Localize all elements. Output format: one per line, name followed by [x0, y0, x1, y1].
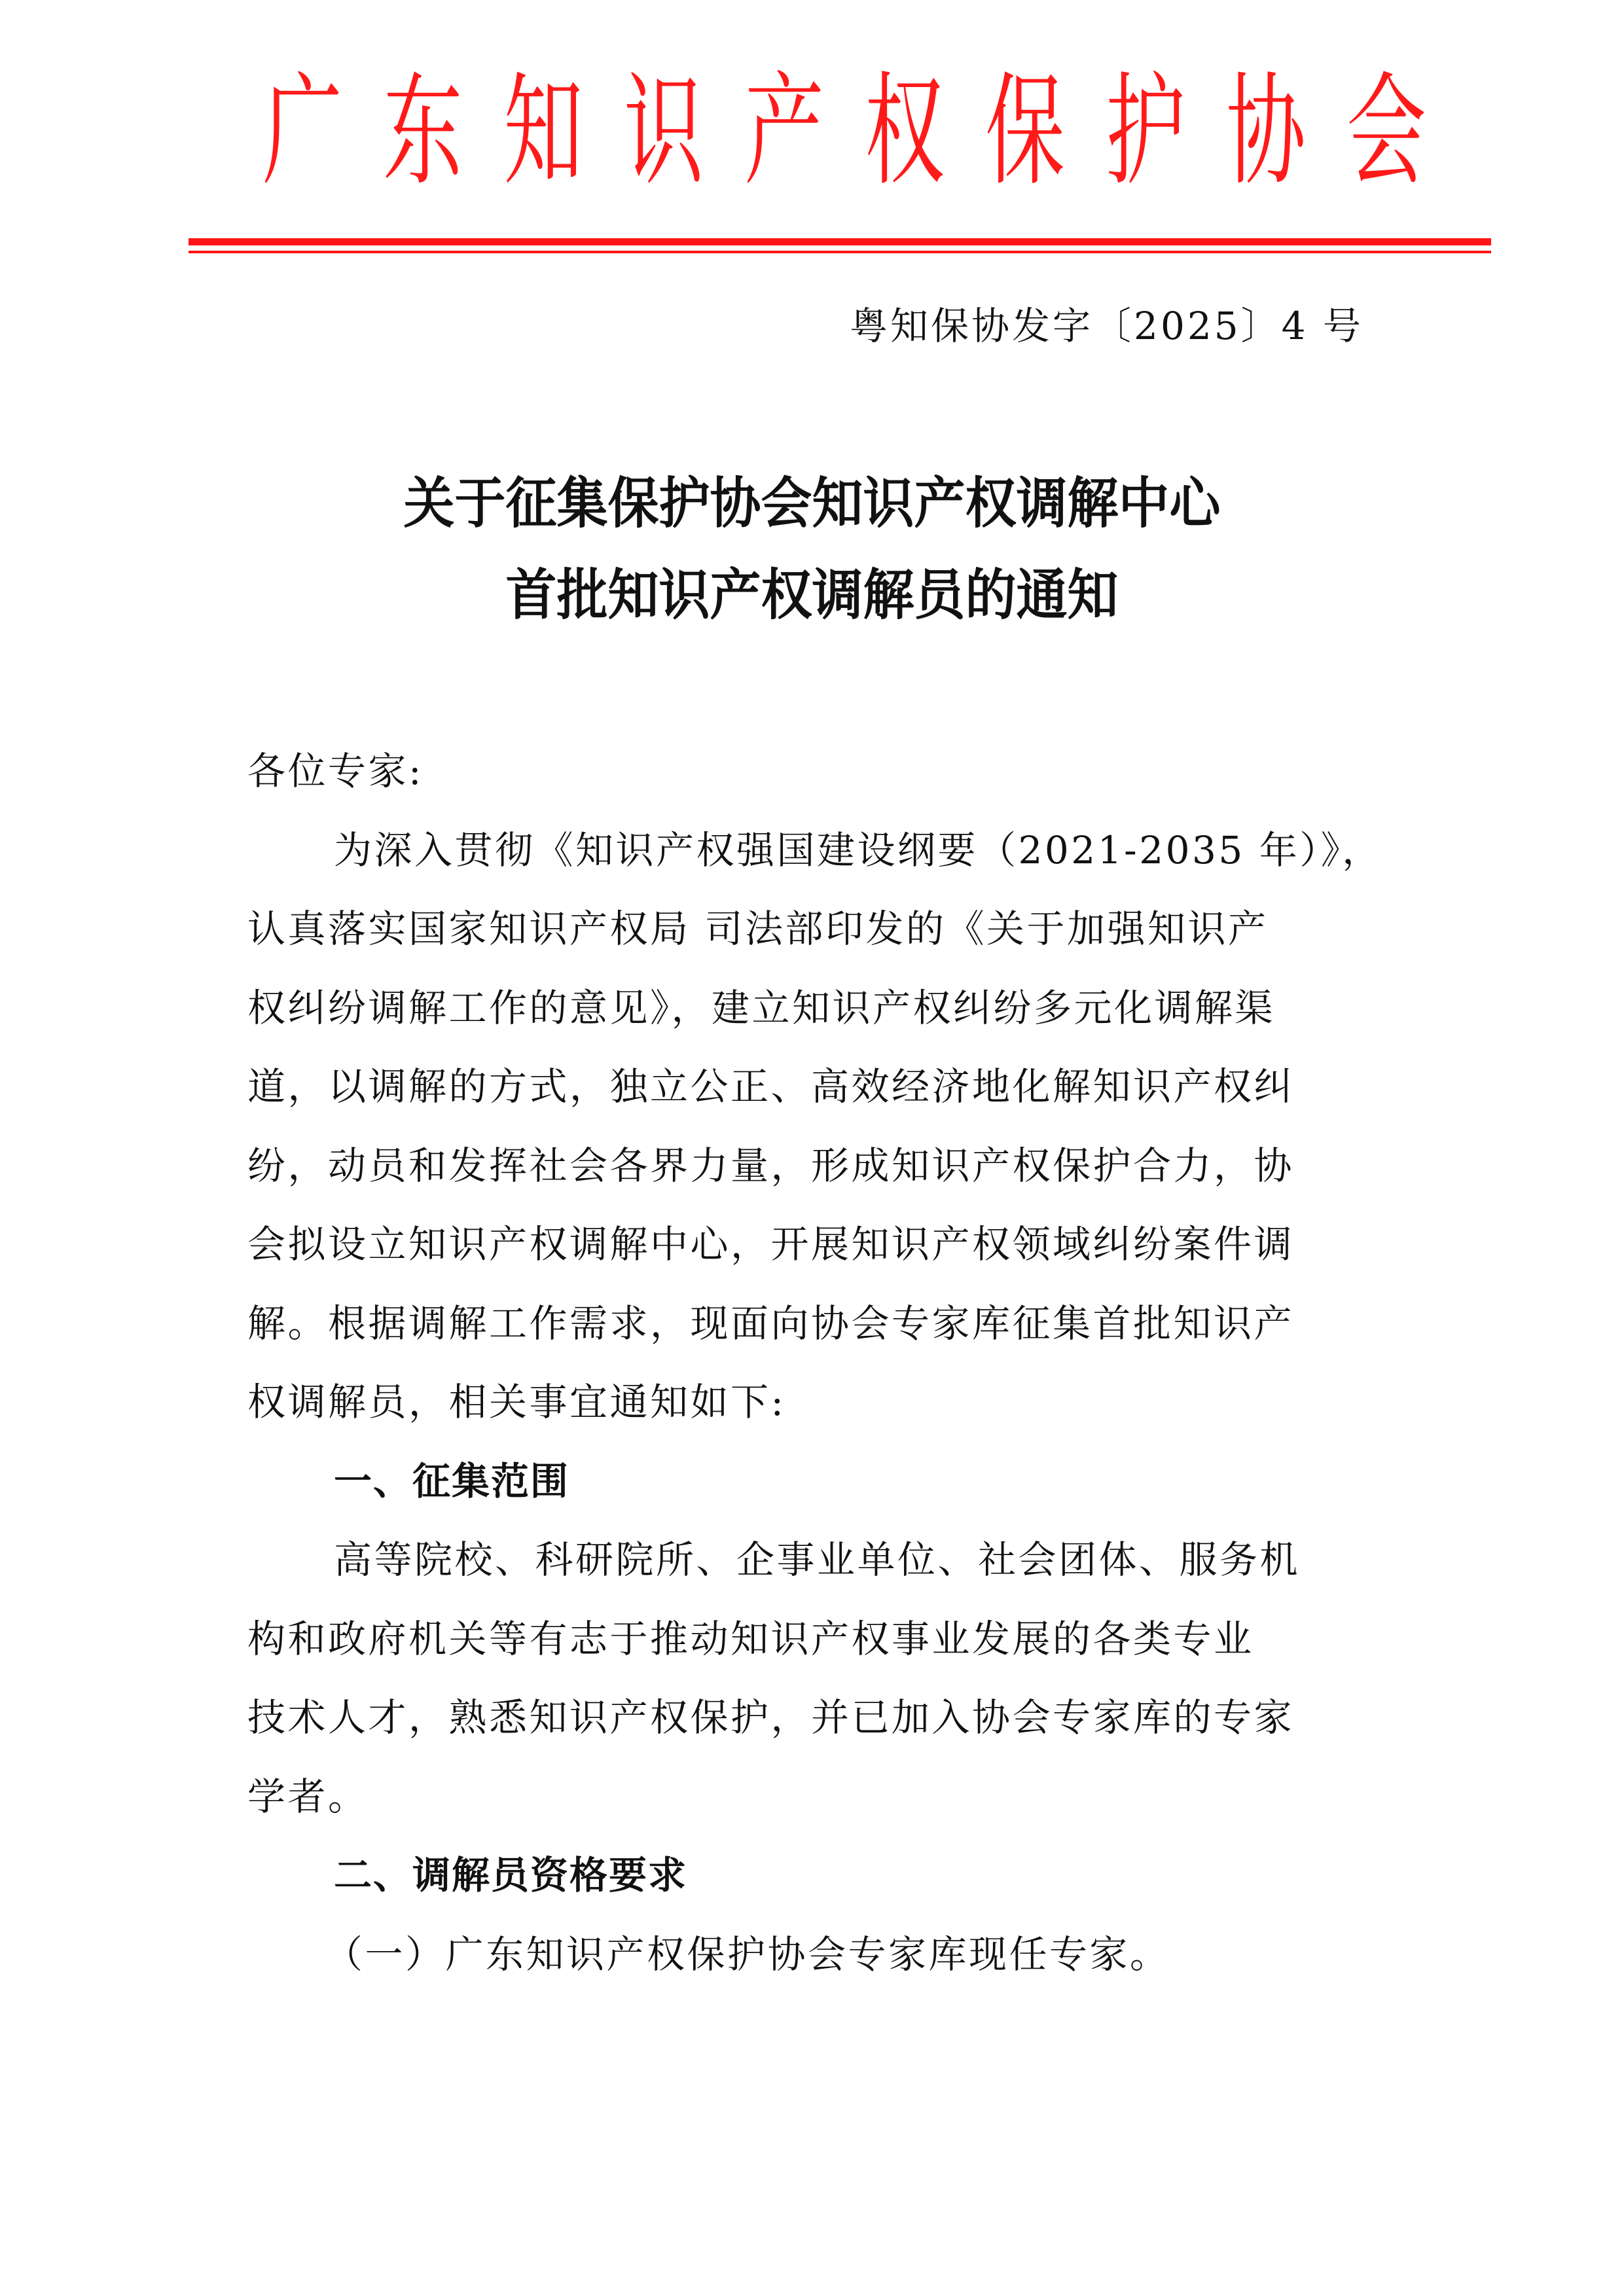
title-line-1: 关于征集保护协会知识产权调解中心 — [0, 454, 1624, 553]
document-page: 广 东 知 识 产 权 保 护 协 会 粤知保协发字〔2025〕4 号 关于征集… — [0, 0, 1624, 2296]
masthead-char: 知 — [486, 43, 601, 223]
paragraph-line: 高等院校、科研院所、企事业单位、社会团体、服务机 — [247, 1520, 1373, 1600]
paragraph-line: 认真落实国家知识产权局 司法部印发的《关于加强知识产 — [247, 889, 1373, 969]
paragraph-line: 道，以调解的方式，独立公正、高效经济地化解知识产权纠 — [247, 1047, 1373, 1126]
title-line-2: 首批知识产权调解员的通知 — [0, 546, 1624, 645]
intro-paragraph: 为深入贯彻《知识产权强国建设纲要（2021-2035 年）》， 认真落实国家知识… — [247, 811, 1373, 1442]
section-heading-scope: 一、征集范围 — [247, 1442, 1373, 1521]
paragraph-line: 会拟设立知识产权调解中心，开展知识产权领域纠纷案件调 — [247, 1205, 1373, 1284]
masthead-char: 广 — [245, 43, 360, 223]
paragraph-line: 纷，动员和发挥社会各界力量，形成知识产权保护合力，协 — [247, 1126, 1373, 1206]
paragraph-line: 权纠纷调解工作的意见》，建立知识产权纠纷多元化调解渠 — [247, 969, 1373, 1048]
masthead-rule-thick — [189, 238, 1491, 245]
paragraph-line: 权调解员，相关事宜通知如下: — [247, 1363, 1373, 1442]
paragraph-line: 构和政府机关等有志于推动知识产权事业发展的各类专业 — [247, 1600, 1373, 1679]
masthead-char: 护 — [1089, 43, 1203, 223]
document-body: 各位专家: 为深入贯彻《知识产权强国建设纲要（2021-2035 年）》， 认真… — [247, 732, 1373, 1994]
masthead-char: 东 — [366, 43, 480, 223]
masthead-char: 识 — [607, 43, 721, 223]
masthead-char: 权 — [848, 43, 962, 223]
salutation: 各位专家: — [247, 732, 1373, 811]
qualification-item: （一）广东知识产权保护协会专家库现任专家。 — [247, 1915, 1373, 1994]
document-number: 粤知保协发字〔2025〕4 号 — [850, 300, 1363, 352]
document-title: 关于征集保护协会知识产权调解中心 首批知识产权调解员的通知 — [0, 458, 1624, 641]
section-heading-qualifications: 二、调解员资格要求 — [247, 1836, 1373, 1915]
paragraph-line: 学者。 — [247, 1757, 1373, 1837]
masthead-rule-thin — [189, 251, 1491, 253]
masthead-char: 协 — [1209, 43, 1324, 223]
paragraph-line: 解。根据调解工作需求，现面向协会专家库征集首批知识产 — [247, 1284, 1373, 1363]
masthead-char: 产 — [727, 43, 842, 223]
masthead-char: 保 — [968, 43, 1083, 223]
scope-paragraph: 高等院校、科研院所、企事业单位、社会团体、服务机 构和政府机关等有志于推动知识产… — [247, 1520, 1373, 1836]
masthead-char: 会 — [1329, 43, 1444, 223]
paragraph-line: 技术人才，熟悉知识产权保护，并已加入协会专家库的专家 — [247, 1678, 1373, 1757]
paragraph-line: 为深入贯彻《知识产权强国建设纲要（2021-2035 年）》， — [247, 811, 1373, 890]
masthead-organization-name: 广 东 知 识 产 权 保 护 协 会 — [242, 98, 1447, 223]
